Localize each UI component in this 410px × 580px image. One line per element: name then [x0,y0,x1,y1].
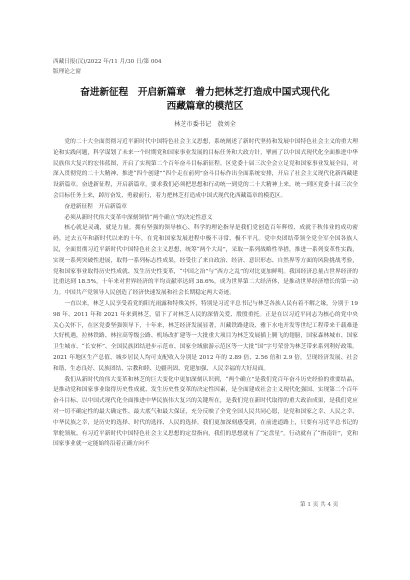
document-page: 西藏日报(汉)/2022 年/11 月/30 日/第 004 版理论之窗 奋进新… [0,0,410,580]
article-title: 奋进新征程 开启新篇章 着力把林芝打造成中国式现代化 西藏篇章的模范区 [50,86,360,114]
title-line-2: 西藏篇章的模范区 [50,100,360,114]
subsection-heading: 必须从新时代伟大变革中深刻领悟“两个确立”的决定性意义 [53,213,358,224]
paragraph: 我们从新时代的伟大变革和林芝的巨大变化中更加深刻认识到，“两个确立”是我们党百年… [53,375,358,451]
paragraph: 核心就是灵魂，就是力量。拥有坚强的领导核心、科学的理论指导是我们党创造百年辉煌、… [53,223,358,299]
title-line-1: 奋进新征程 开启新篇章 着力把林芝打造成中国式现代化 [50,86,360,100]
page-indicator: 第 1 页 共 4 页 [300,500,338,508]
section-heading: 奋进新征程 开启新篇章 [53,202,358,213]
section-line: 版理论之窗 [53,67,162,77]
article-byline: 林芝市委书记 敖刘全 [50,120,360,130]
document-metadata: 西藏日报(汉)/2022 年/11 月/30 日/第 004 版理论之窗 [53,57,162,77]
source-line: 西藏日报(汉)/2022 年/11 月/30 日/第 004 [53,57,162,67]
article-body: 党的二十大全面贯彻习近平新时代中国特色社会主义思想，系统阐述了新时代坚持和发展中… [53,137,358,450]
paragraph-intro: 党的二十大全面贯彻习近平新时代中国特色社会主义思想，系统阐述了新时代坚持和发展中… [53,137,358,202]
paragraph: 一直以来，林芝人民享受着党的阳光雨露和特殊关怀，特别是习近平总书记与林芝各族人民… [53,299,358,375]
